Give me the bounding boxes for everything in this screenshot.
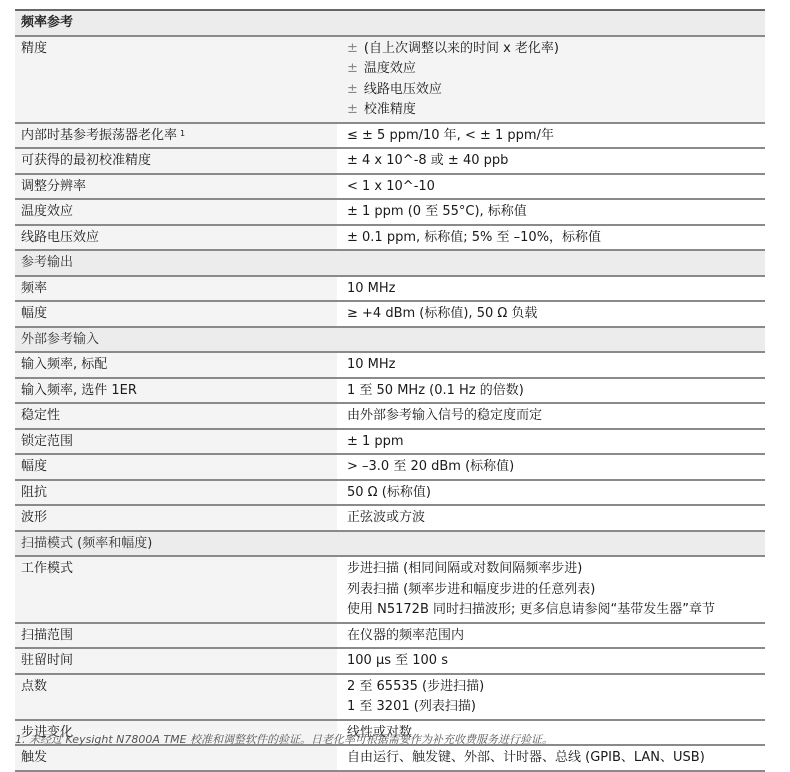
section-header-sweep-mode: 扫描模式 (频率和幅度) [15,531,765,557]
row-label: 扫描范围 [15,623,337,649]
row-label: 波形 [15,505,337,531]
plus-minus-icon: ± [347,82,358,97]
row-value: ± 4 x 10^-8 或 ± 40 ppb [337,148,765,174]
table-row: 输入频率, 标配 10 MHz [15,352,765,378]
row-value: ± 1 ppm (0 至 55°C), 标称值 [337,199,765,225]
footnote-mark: 1 [180,129,185,138]
row-label: 内部时基参考振荡器老化率1 [15,123,337,149]
table-row: 驻留时间 100 μs 至 100 s [15,648,765,674]
row-value: ± 0.1 ppm, 标称值; 5% 至 –10%，标称值 [337,225,765,251]
section-title: 扫描模式 (频率和幅度) [15,531,765,557]
row-label: 频率 [15,276,337,302]
row-label: 幅度 [15,454,337,480]
table-row: 波形 正弦波或方波 [15,505,765,531]
row-value: 2 至 65535 (步进扫描) 1 至 3201 (列表扫描) [337,674,765,720]
table-row: 扫描范围 在仪器的频率范围内 [15,623,765,649]
table-row: 精度 ±(自上次调整以来的时间 x 老化率) ±温度效应 ±线路电压效应 ±校准… [15,36,765,123]
row-value: 1 至 50 MHz (0.1 Hz 的倍数) [337,378,765,404]
row-value: 在仪器的频率范围内 [337,623,765,649]
table-row: 可获得的最初校准精度 ± 4 x 10^-8 或 ± 40 ppb [15,148,765,174]
row-label: 幅度 [15,301,337,327]
table-row: 调整分辨率 < 1 x 10^-10 [15,174,765,200]
row-label: 工作模式 [15,556,337,623]
section-title: 外部参考输入 [15,327,765,353]
row-label: 可获得的最初校准精度 [15,148,337,174]
row-value: ≤ ± 5 ppm/10 年, < ± 1 ppm/年 [337,123,765,149]
section-header-frequency-reference: 频率参考 [15,10,765,36]
section-header-external-reference-input: 外部参考输入 [15,327,765,353]
table-row: 幅度 ≥ +4 dBm (标称值), 50 Ω 负载 [15,301,765,327]
row-value: 由外部参考输入信号的稳定度而定 [337,403,765,429]
row-value: < 1 x 10^-10 [337,174,765,200]
row-label: 点数 [15,674,337,720]
row-label: 稳定性 [15,403,337,429]
plus-minus-icon: ± [347,61,358,76]
row-label: 触发 [15,745,337,771]
table-row: 稳定性 由外部参考输入信号的稳定度而定 [15,403,765,429]
row-value: 10 MHz [337,276,765,302]
row-label: 温度效应 [15,199,337,225]
section-title: 参考输出 [15,250,765,276]
row-label: 阻抗 [15,480,337,506]
row-value: 正弦波或方波 [337,505,765,531]
table-row: 工作模式 步进扫描 (相同间隔或对数间隔频率步进) 列表扫描 (频率步进和幅度步… [15,556,765,623]
row-label: 精度 [15,36,337,123]
table-row: 温度效应 ± 1 ppm (0 至 55°C), 标称值 [15,199,765,225]
row-value: 50 Ω (标称值) [337,480,765,506]
row-label: 输入频率, 选件 1ER [15,378,337,404]
table-row: 触发 自由运行、触发键、外部、计时器、总线 (GPIB、LAN、USB) [15,745,765,771]
table-row: 频率 10 MHz [15,276,765,302]
table-row: 内部时基参考振荡器老化率1 ≤ ± 5 ppm/10 年, < ± 1 ppm/… [15,123,765,149]
row-value: ±(自上次调整以来的时间 x 老化率) ±温度效应 ±线路电压效应 ±校准精度 [337,36,765,123]
row-label: 驻留时间 [15,648,337,674]
table-row: 锁定范围 ± 1 ppm [15,429,765,455]
row-value: > –3.0 至 20 dBm (标称值) [337,454,765,480]
table-row: 阻抗 50 Ω (标称值) [15,480,765,506]
row-value: 自由运行、触发键、外部、计时器、总线 (GPIB、LAN、USB) [337,745,765,771]
footnote: 1. 未经过 Keysight N7800A TME 校准和调整软件的验证。日老… [15,731,553,747]
section-header-reference-output: 参考输出 [15,250,765,276]
spec-table: 频率参考 精度 ±(自上次调整以来的时间 x 老化率) ±温度效应 ±线路电压效… [15,9,765,772]
table-row: 输入频率, 选件 1ER 1 至 50 MHz (0.1 Hz 的倍数) [15,378,765,404]
row-label: 调整分辨率 [15,174,337,200]
row-value: 步进扫描 (相同间隔或对数间隔频率步进) 列表扫描 (频率步进和幅度步进的任意列… [337,556,765,623]
row-label: 线路电压效应 [15,225,337,251]
section-title: 频率参考 [15,10,765,36]
plus-minus-icon: ± [347,102,358,117]
row-label: 锁定范围 [15,429,337,455]
plus-minus-icon: ± [347,41,358,56]
row-label: 输入频率, 标配 [15,352,337,378]
row-value: 10 MHz [337,352,765,378]
row-value: ± 1 ppm [337,429,765,455]
table-row: 线路电压效应 ± 0.1 ppm, 标称值; 5% 至 –10%，标称值 [15,225,765,251]
row-value: 100 μs 至 100 s [337,648,765,674]
row-value: ≥ +4 dBm (标称值), 50 Ω 负载 [337,301,765,327]
table-row: 点数 2 至 65535 (步进扫描) 1 至 3201 (列表扫描) [15,674,765,720]
table-row: 幅度 > –3.0 至 20 dBm (标称值) [15,454,765,480]
